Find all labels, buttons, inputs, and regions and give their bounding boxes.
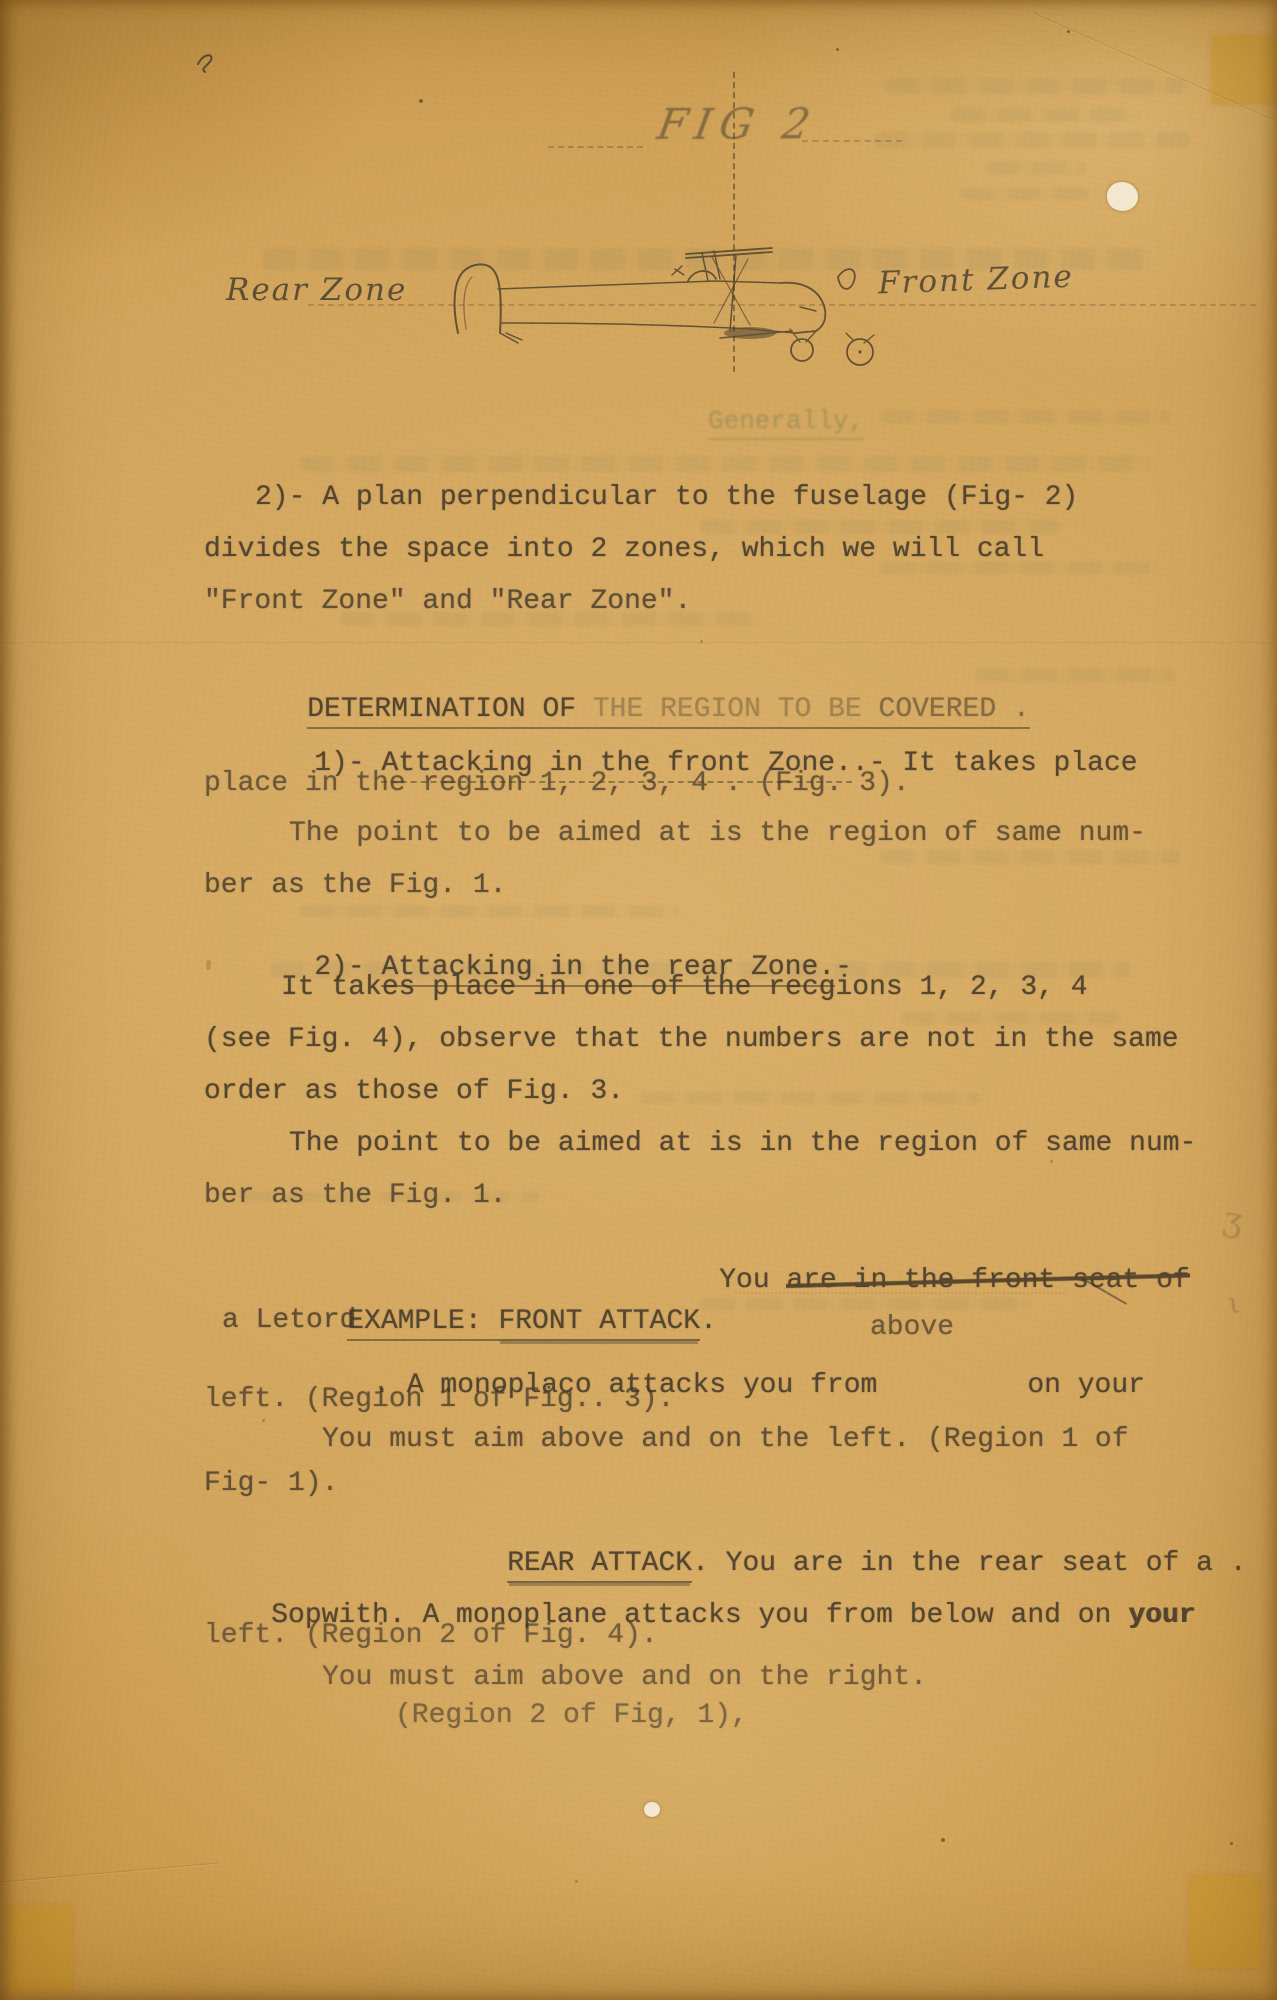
dust-speck	[1230, 1842, 1233, 1845]
typed-line-front-example-2: left. (Region 1 of Fig.. 3).	[204, 1384, 674, 1416]
bleed-through-smudge	[950, 108, 1140, 122]
dash-line-right-of-fig	[802, 140, 902, 142]
dust-speck	[700, 640, 703, 643]
bleed-through-text: Generally,	[708, 406, 864, 440]
dash-line-left-of-fig	[548, 146, 643, 148]
typed-line-front-example-aim-2: Fig- 1).	[204, 1468, 338, 1500]
typed-line-front-attack-2: place in the region 1, 2, 3, 4 . (Fig. 3…	[204, 768, 910, 800]
ink-scribble-mark	[194, 48, 224, 78]
monoplane-post: on your	[1027, 1370, 1145, 1401]
typed-line-front-aim-1: The point to be aimed at is the region o…	[289, 818, 1146, 850]
front-zone-label: Front Zone	[877, 259, 1074, 302]
struck-out-text: are in the front seat of	[786, 1265, 1189, 1296]
bleed-through-smudge	[960, 188, 1090, 200]
dust-speck	[1067, 30, 1070, 33]
document-page: Generally, ʒ ι FIG 2 Rear Zone Front Zon…	[0, 0, 1277, 2000]
typed-line-front-aim-2: ber as the Fig. 1.	[204, 870, 506, 902]
dust-speck	[206, 960, 211, 970]
margin-pencil-mark: ι	[1226, 1285, 1243, 1321]
dust-speck	[262, 1419, 265, 1422]
typed-line-rear-example-aim-2: (Region 2 of Fig, 1),	[395, 1700, 748, 1732]
typed-line-rear-example-aim-1: You must aim above and on the right.	[322, 1662, 927, 1694]
figure-2-label: FIG 2	[654, 100, 822, 149]
paper-hole	[1107, 182, 1138, 211]
typed-line-rear-aim-2: ber as the Fig. 1.	[204, 1180, 506, 1212]
dust-speck	[1050, 1160, 1053, 1163]
you-text: You	[719, 1265, 786, 1296]
typed-line-rear-3: order as those of Fig. 3.	[204, 1076, 624, 1108]
crease-line	[0, 642, 1277, 643]
typed-line-rear-example-3: left. (Region 2 of Fig. 4).	[204, 1620, 658, 1652]
bleed-through-smudge	[900, 1012, 1120, 1024]
typed-line-letord: a Letord	[222, 1305, 356, 1337]
dust-speck	[836, 48, 839, 51]
bleed-through-smudge	[300, 905, 680, 917]
example-label: EXAMPLE:	[347, 1306, 498, 1341]
paper-hole-small	[644, 1802, 660, 1817]
airplane-side-view-diagram	[450, 245, 890, 375]
rear-zone-label: Rear Zone	[226, 272, 407, 308]
typed-line-front-example-aim-1: You must aim above and on the left. (Reg…	[322, 1424, 1129, 1456]
tape-mark-top-right	[1212, 36, 1277, 104]
bleed-through-smudge	[985, 162, 1085, 174]
typed-line-intro-2: divides the space into 2 zones, which we…	[204, 534, 1044, 566]
front-attack-heading: FRONT ATTACK	[498, 1306, 700, 1341]
typed-line-rear-1: It takes place in one of the recgions 1,…	[281, 972, 1088, 1004]
typed-line-rear-2: (see Fig. 4), observe that the numbers a…	[204, 1024, 1179, 1056]
bleed-through-smudge	[880, 850, 1180, 864]
dust-speck	[419, 99, 423, 103]
bleed-through-smudge	[640, 1092, 980, 1104]
margin-pencil-mark: ʒ	[1220, 1198, 1247, 1241]
bleed-through-smudge	[300, 456, 1150, 472]
bleed-through-smudge	[700, 520, 1060, 534]
typed-line-rear-aim-1: The point to be aimed at is in the regio…	[289, 1128, 1196, 1160]
overstruck-word: your	[1128, 1600, 1195, 1631]
bleed-through-smudge	[880, 410, 1170, 424]
period: .	[700, 1306, 717, 1337]
dust-speck	[575, 1880, 578, 1883]
crease-line	[0, 1862, 219, 1882]
dust-speck	[941, 1838, 945, 1842]
typed-line-intro-1: 2)- A plan perpendicular to the fuselage…	[255, 482, 1078, 514]
bleed-through-smudge	[885, 78, 1185, 94]
bleed-through-smudge	[875, 132, 1190, 148]
tape-mark-bottom-right	[1190, 1876, 1260, 1968]
tape-mark-bottom-left	[8, 1906, 72, 1992]
typed-line-intro-3: "Front Zone" and "Rear Zone".	[204, 586, 691, 618]
